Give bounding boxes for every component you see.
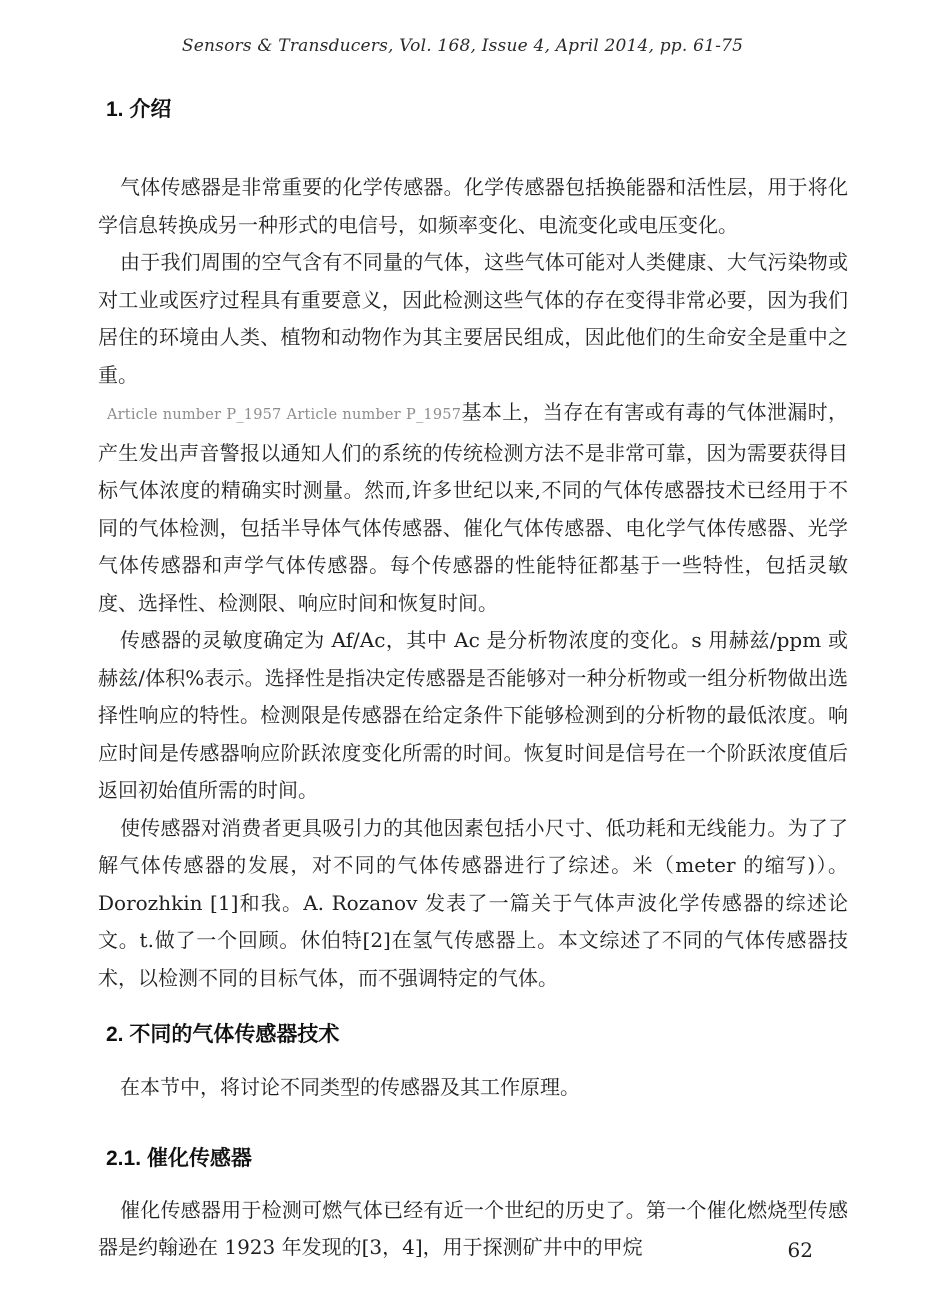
- paper-page: Sensors & Transducers, Vol. 168, Issue 4…: [0, 0, 925, 1309]
- page-content: 1. 介绍 气体传感器是非常重要的化学传感器。化学传感器包括换能器和活性层，用于…: [98, 96, 848, 1267]
- paragraph-catalytic-sensors: 催化传感器用于检测可燃气体已经有近一个世纪的历史了。第一个催化燃烧型传感器是约翰…: [98, 1192, 848, 1267]
- paragraph-basic-detection-text: 基本上，当存在有害或有毒的气体泄漏时，产生发出声音警报以通知人们的系统的传统检测…: [98, 400, 848, 615]
- paragraph-other-factors: 使传感器对消费者更具吸引力的其他因素包括小尺寸、低功耗和无线能力。为了了解气体传…: [98, 810, 848, 998]
- section-1-heading: 1. 介绍: [106, 96, 848, 124]
- page-number: 62: [788, 1238, 813, 1262]
- paragraph-basic-detection: Article number P_1957 Article number P_1…: [98, 394, 848, 622]
- paragraph-gas-sensor-intro: 气体传感器是非常重要的化学传感器。化学传感器包括换能器和活性层，用于将化学信息转…: [98, 169, 848, 244]
- section-2-heading: 2. 不同的气体传感器技术: [106, 1021, 848, 1049]
- paragraph-sensitivity-definition: 传感器的灵敏度确定为 Af/Ac，其中 Ac 是分析物浓度的变化。s 用赫兹/p…: [98, 622, 848, 810]
- journal-header: Sensors & Transducers, Vol. 168, Issue 4…: [0, 36, 925, 56]
- paragraph-section-2-intro: 在本节中，将讨论不同类型的传感器及其工作原理。: [98, 1069, 848, 1107]
- article-number-note: Article number P_1957 Article number P_1…: [107, 407, 461, 423]
- section-2-1-heading: 2.1. 催化传感器: [106, 1145, 848, 1173]
- paragraph-air-gases: 由于我们周围的空气含有不同量的气体，这些气体可能对人类健康、大气污染物或对工业或…: [98, 244, 848, 394]
- section-1-body: 气体传感器是非常重要的化学传感器。化学传感器包括换能器和活性层，用于将化学信息转…: [98, 169, 848, 997]
